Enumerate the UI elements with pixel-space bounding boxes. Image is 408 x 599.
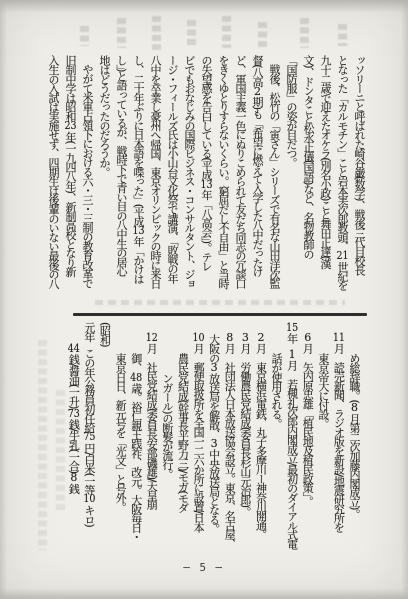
article-line: 地はどうだったのだろうか。 — [96, 55, 113, 293]
ink-bleed-mark — [222, 16, 231, 48]
scanned-book-page: ッソリーニと呼ばれた崎谷巌(数学)、戦後三代目校長 となった「カルモチン」こと岩… — [0, 0, 408, 599]
era-label: (昭和) — [99, 322, 112, 346]
chronology-column: 東京帝大に付設。 — [315, 321, 331, 575]
ink-bleed-mark — [80, 26, 89, 46]
chronology-column: 12月 社民党結成(委員長安部磯雄)/天皇崩 — [144, 321, 160, 575]
article-line: ど、軍国主義一色にぬりこめられて友だち同志の冗談口 — [232, 55, 249, 293]
article-line: やがて米軍占領下における六・三・三制の教育改革で — [79, 55, 96, 293]
chronology-column: 2月 東京横浜電鉄、丸子多摩川ー神奈川開通。 — [253, 321, 269, 575]
chronology-column: 8月 社団法人日本放送協会設立。東京、名古屋、 — [222, 321, 238, 575]
chronology-column: ンガール)の断髪が流行。 — [159, 321, 175, 575]
article-line: 旧制中学は昭和23年(一九四八年)、新制高校となり新 — [62, 55, 79, 293]
ink-bleed-mark — [338, 24, 347, 46]
ink-bleed-mark — [187, 20, 196, 48]
article-line: 八中を卒業し豪州へ帰国、東京オリンピックの時に来日 — [147, 55, 164, 293]
chronology-column: 大阪の3放送局を解散、3中央放送局となる。 — [206, 321, 222, 575]
chronology-column: 3月 労働農民党結成(委員長杉山元治郎)。 — [237, 321, 253, 575]
article-line: ッソリーニと呼ばれた崎谷巌(数学)、戦後三代目校長 — [351, 55, 368, 293]
article-line: をきくゆとりすらないくらい。窮屈だし不自由」と当時 — [215, 55, 232, 293]
chronology-column: 11月 読売新聞、ラジオ版を新設/地震研究所を — [331, 321, 347, 575]
chronology-column: 農民党結成(幹事長平野力三)/モガ(モダ — [175, 321, 191, 575]
entry-text: この年公務員初任給75円/白米(一等10キロ) — [83, 341, 96, 526]
section-divider-rule — [73, 313, 367, 316]
ink-bleed-mark — [300, 18, 309, 48]
ink-bleed-mark — [56, 390, 65, 510]
chronology-column: 話が使用される。 — [268, 321, 284, 575]
entry-text: 1月 若槻礼次郎内閣成立/最初のダイアル式電 — [286, 342, 299, 548]
article-line: 文)、ドンタこと松永正儀(国語)など、名物教師の — [300, 55, 317, 293]
article-line: し、二十年ぶりに日本語を喋った」(平成13年「かけは — [130, 55, 147, 293]
chronology-column: 御、48歳。裕仁親王践祚、改元。大阪毎日・ — [128, 321, 144, 575]
article-line: 督(八高2期)も「希望に燃えて入学した八中だったけ — [249, 55, 266, 293]
main-text-block: ッソリーニと呼ばれた崎谷巌(数学)、戦後三代目校長 となった「カルモチン」こと岩… — [45, 55, 368, 293]
ink-bleed-mark — [38, 340, 47, 550]
article-line: 九十二歳で迎えたオケラ(別名小政)こと舞田正達(漢 — [317, 55, 334, 293]
page-number: − 5 − — [0, 562, 408, 574]
chronology-column: 15年1月 若槻礼次郎内閣成立/最初のダイアル式電 — [284, 321, 300, 575]
chronology-column: (昭和) — [97, 321, 113, 575]
article-line: し」)と語っているが、戦時下で青い目の八中生の居心 — [113, 55, 130, 293]
chronology-column: 東京日日、新元号を「光文」と号外。 — [113, 321, 129, 575]
chronology-block: め総辞職。(8月第二次加藤内閣成立)。 11月 読売新聞、ラジオ版を新設/地震研… — [65, 321, 362, 575]
article-line: ビでもおなじみの国際ビジネス・コンサルタント、ジョ — [181, 55, 198, 293]
ink-bleed-mark — [258, 22, 267, 48]
chronology-column: 44銭/醤油(一升)73銭/牛乳(一合)8銭 — [66, 321, 82, 575]
chronology-column: 元年この年公務員初任給75円/白米(一等10キロ) — [81, 321, 97, 575]
article-line: となった「カルモチン」こと岩本実次郎教頭、21世紀を — [334, 55, 351, 293]
ink-bleed-mark — [117, 18, 126, 48]
ink-bleed-mark — [152, 16, 161, 50]
article-line: 入生の入試は実施せず、四期生は後輩のいない最後の八 — [45, 55, 62, 293]
article-line: ージ・フィールズ氏は小山台文化祭で講演、「敗戦の年 — [164, 55, 181, 293]
chronology-column: め総辞職。(8月第二次加藤内閣成立)。 — [346, 321, 362, 575]
chronology-column: 10月 郵便取扱所を全国一二六か所に設置/日本 — [190, 321, 206, 575]
year-label: 元年 — [83, 322, 96, 341]
article-line: 「国防服」の姿が目だつ。 — [283, 55, 300, 293]
year-label: 15年 — [286, 322, 299, 342]
article-line: 戦後、松竹の「寅さん」シリーズで有名な山田洋次監 — [266, 55, 283, 293]
ink-bleed-mark — [95, 300, 345, 305]
chronology-column: 6月 矢内原忠雄「植民地及植民政策」。 — [300, 321, 316, 575]
article-line: の失望感を告白している(平成13年「八高会」)。テレ — [198, 55, 215, 293]
